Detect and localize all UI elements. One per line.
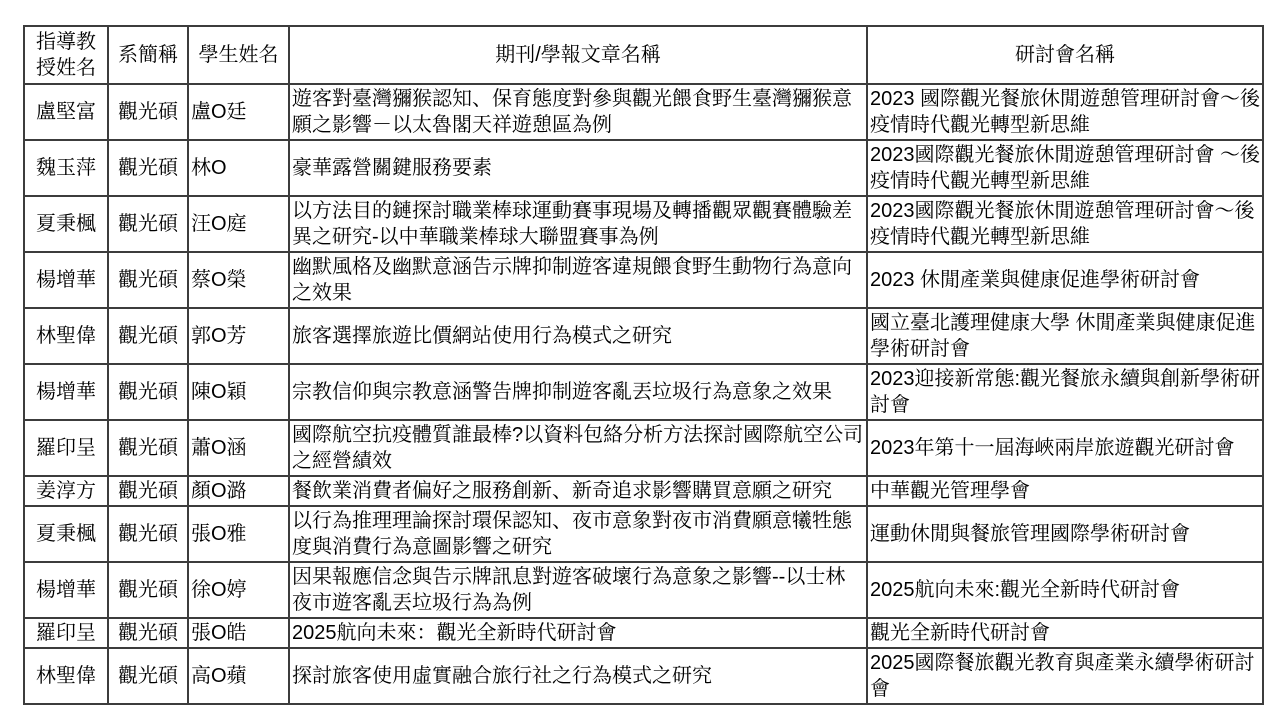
table-row: 楊增華 觀光碩 蔡O榮 幽默風格及幽默意涵告示牌抑制遊客違規餵食野生動物行為意向… <box>24 252 1263 308</box>
advisor-cell: 林聖偉 <box>24 648 108 704</box>
article-cell: 豪華露營關鍵服務要素 <box>289 140 867 196</box>
advisor-cell: 羅印呈 <box>24 618 108 648</box>
conference-cell: 2023年第十一屆海峽兩岸旅遊觀光研討會 <box>867 420 1263 476</box>
student-cell: 汪O庭 <box>188 196 289 252</box>
table-row: 楊增華 觀光碩 徐O婷 因果報應信念與告示牌訊息對遊客破壞行為意象之影響--以士… <box>24 562 1263 618</box>
article-cell: 餐飲業消費者偏好之服務創新、新奇追求影響購買意願之研究 <box>289 476 867 506</box>
articles-table: 指導教授姓名 系簡稱 學生姓名 期刊/學報文章名稱 研討會名稱 盧堅富 觀光碩 … <box>23 25 1264 705</box>
conference-cell: 2023國際觀光餐旅休閒遊憩管理研討會～後疫情時代觀光轉型新思維 <box>867 196 1263 252</box>
advisor-cell: 魏玉萍 <box>24 140 108 196</box>
article-cell: 幽默風格及幽默意涵告示牌抑制遊客違規餵食野生動物行為意向之效果 <box>289 252 867 308</box>
conference-cell: 2025航向未來:觀光全新時代研討會 <box>867 562 1263 618</box>
conference-cell: 觀光全新時代研討會 <box>867 618 1263 648</box>
article-cell: 2025航向未來：觀光全新時代研討會 <box>289 618 867 648</box>
advisor-cell: 羅印呈 <box>24 420 108 476</box>
conference-cell: 中華觀光管理學會 <box>867 476 1263 506</box>
student-cell: 盧O廷 <box>188 84 289 140</box>
conference-cell: 2023迎接新常態:觀光餐旅永續與創新學術研討會 <box>867 364 1263 420</box>
conference-cell: 2023 國際觀光餐旅休閒遊憩管理研討會～後疫情時代觀光轉型新思維 <box>867 84 1263 140</box>
dept-cell: 觀光碩 <box>108 140 188 196</box>
header-conference: 研討會名稱 <box>867 26 1263 84</box>
dept-cell: 觀光碩 <box>108 562 188 618</box>
advisor-cell: 林聖偉 <box>24 308 108 364</box>
article-cell: 以方法目的鏈探討職業棒球運動賽事現場及轉播觀眾觀賽體驗差異之研究-以中華職業棒球… <box>289 196 867 252</box>
advisor-cell: 姜淳方 <box>24 476 108 506</box>
dept-cell: 觀光碩 <box>108 506 188 562</box>
table-row: 姜淳方 觀光碩 顏O潞 餐飲業消費者偏好之服務創新、新奇追求影響購買意願之研究 … <box>24 476 1263 506</box>
header-dept: 系簡稱 <box>108 26 188 84</box>
article-cell: 宗教信仰與宗教意涵警告牌抑制遊客亂丟垃圾行為意象之效果 <box>289 364 867 420</box>
student-cell: 顏O潞 <box>188 476 289 506</box>
table-row: 林聖偉 觀光碩 郭O芳 旅客選擇旅遊比價網站使用行為模式之研究 國立臺北護理健康… <box>24 308 1263 364</box>
advisor-cell: 楊增華 <box>24 252 108 308</box>
table-row: 楊增華 觀光碩 陳O穎 宗教信仰與宗教意涵警告牌抑制遊客亂丟垃圾行為意象之效果 … <box>24 364 1263 420</box>
advisor-cell: 盧堅富 <box>24 84 108 140</box>
student-cell: 林O <box>188 140 289 196</box>
dept-cell: 觀光碩 <box>108 476 188 506</box>
student-cell: 張O皓 <box>188 618 289 648</box>
article-cell: 以行為推理理論探討環保認知、夜市意象對夜市消費願意犧牲態 度與消費行為意圖影響之… <box>289 506 867 562</box>
student-cell: 蔡O榮 <box>188 252 289 308</box>
article-cell: 遊客對臺灣獼猴認知、保育態度對參與觀光餵食野生臺灣獼猴意願之影響－以太魯閣天祥遊… <box>289 84 867 140</box>
article-cell: 探討旅客使用虛實融合旅行社之行為模式之研究 <box>289 648 867 704</box>
header-advisor: 指導教授姓名 <box>24 26 108 84</box>
dept-cell: 觀光碩 <box>108 648 188 704</box>
advisor-cell: 夏秉楓 <box>24 196 108 252</box>
header-student: 學生姓名 <box>188 26 289 84</box>
student-cell: 張O雅 <box>188 506 289 562</box>
table-row: 魏玉萍 觀光碩 林O 豪華露營關鍵服務要素 2023國際觀光餐旅休閒遊憩管理研討… <box>24 140 1263 196</box>
conference-cell: 2023國際觀光餐旅休閒遊憩管理研討會 ～後疫情時代觀光轉型新思維 <box>867 140 1263 196</box>
table-row: 夏秉楓 觀光碩 汪O庭 以方法目的鏈探討職業棒球運動賽事現場及轉播觀眾觀賽體驗差… <box>24 196 1263 252</box>
dept-cell: 觀光碩 <box>108 364 188 420</box>
table-row: 林聖偉 觀光碩 高O蘋 探討旅客使用虛實融合旅行社之行為模式之研究 2025國際… <box>24 648 1263 704</box>
conference-cell: 2023 休閒產業與健康促進學術研討會 <box>867 252 1263 308</box>
table-row: 夏秉楓 觀光碩 張O雅 以行為推理理論探討環保認知、夜市意象對夜市消費願意犧牲態… <box>24 506 1263 562</box>
advisor-cell: 楊增華 <box>24 364 108 420</box>
dept-cell: 觀光碩 <box>108 618 188 648</box>
dept-cell: 觀光碩 <box>108 420 188 476</box>
table-row: 盧堅富 觀光碩 盧O廷 遊客對臺灣獼猴認知、保育態度對參與觀光餵食野生臺灣獼猴意… <box>24 84 1263 140</box>
dept-cell: 觀光碩 <box>108 84 188 140</box>
table-row: 羅印呈 觀光碩 張O皓 2025航向未來：觀光全新時代研討會 觀光全新時代研討會 <box>24 618 1263 648</box>
student-cell: 蕭O涵 <box>188 420 289 476</box>
dept-cell: 觀光碩 <box>108 252 188 308</box>
article-cell: 因果報應信念與告示牌訊息對遊客破壞行為意象之影響--以士林夜市遊客亂丟垃圾行為為… <box>289 562 867 618</box>
page: 指導教授姓名 系簡稱 學生姓名 期刊/學報文章名稱 研討會名稱 盧堅富 觀光碩 … <box>0 0 1280 720</box>
article-cell: 旅客選擇旅遊比價網站使用行為模式之研究 <box>289 308 867 364</box>
student-cell: 徐O婷 <box>188 562 289 618</box>
advisor-cell: 楊增華 <box>24 562 108 618</box>
conference-cell: 國立臺北護理健康大學 休閒產業與健康促進學術研討會 <box>867 308 1263 364</box>
table-row: 羅印呈 觀光碩 蕭O涵 國際航空抗疫體質誰最棒?以資料包絡分析方法探討國際航空公… <box>24 420 1263 476</box>
student-cell: 陳O穎 <box>188 364 289 420</box>
header-article: 期刊/學報文章名稱 <box>289 26 867 84</box>
student-cell: 高O蘋 <box>188 648 289 704</box>
advisor-cell: 夏秉楓 <box>24 506 108 562</box>
conference-cell: 運動休閒與餐旅管理國際學術研討會 <box>867 506 1263 562</box>
header-row: 指導教授姓名 系簡稱 學生姓名 期刊/學報文章名稱 研討會名稱 <box>24 26 1263 84</box>
dept-cell: 觀光碩 <box>108 308 188 364</box>
student-cell: 郭O芳 <box>188 308 289 364</box>
article-cell: 國際航空抗疫體質誰最棒?以資料包絡分析方法探討國際航空公司之經營績效 <box>289 420 867 476</box>
dept-cell: 觀光碩 <box>108 196 188 252</box>
conference-cell: 2025國際餐旅觀光教育與產業永續學術研討會 <box>867 648 1263 704</box>
